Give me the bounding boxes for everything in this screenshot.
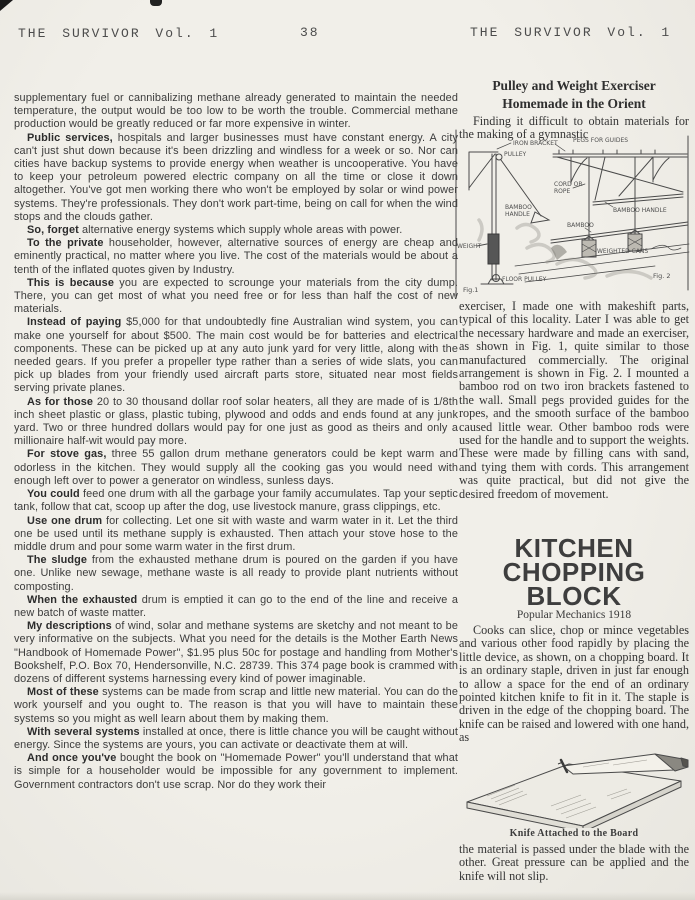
kitchen-heading: KITCHEN CHOPPING BLOCK bbox=[458, 536, 690, 608]
scan-bottom-shadow bbox=[0, 892, 695, 900]
figure-label-floor-pulley: FLOOR PULLEY bbox=[502, 276, 547, 283]
figure-label-bamboo-handle: BAMBOO HANDLE bbox=[613, 207, 667, 214]
paragraph: This is because you are expected to scro… bbox=[14, 277, 458, 317]
figure-label-rope: ROPE bbox=[554, 188, 571, 195]
knife-caption: Knife Attached to the Board bbox=[458, 828, 690, 839]
paragraph: supplementary fuel or cannibalizing meth… bbox=[14, 92, 458, 132]
kitchen-body-2: the material is passed under the blade w… bbox=[459, 843, 689, 883]
paragraph: Public services, hospitals and larger bu… bbox=[14, 132, 458, 224]
pulley-body: exerciser, I made one with makeshift par… bbox=[459, 300, 689, 501]
paragraph: The sludge from the exhausted methane dr… bbox=[14, 554, 458, 594]
figure-label-iron-bracket: IRON BRACKET bbox=[513, 140, 558, 147]
kitchen-subtitle: Popular Mechanics 1918 bbox=[458, 609, 690, 621]
knife-board-illustration bbox=[458, 748, 690, 828]
paragraph: To the private householder, however, alt… bbox=[14, 237, 458, 277]
figure-label-handle-word: HANDLE bbox=[505, 211, 530, 218]
scan-speck bbox=[150, 0, 162, 6]
figure-caption-fig2: Fig. 2 bbox=[653, 272, 670, 280]
paragraph: When the exhausted drum is emptied it ca… bbox=[14, 594, 458, 620]
figure-caption-fig1: Fig.1 bbox=[463, 286, 478, 294]
article-title-line1: Pulley and Weight Exerciser bbox=[458, 78, 690, 94]
figure-label-cord-or: CORD OR bbox=[554, 181, 583, 188]
paragraph: Use one drum for collecting. Let one sit… bbox=[14, 515, 458, 555]
paragraph: For stove gas, three 55 gallon drum meth… bbox=[14, 448, 458, 488]
paragraph: Instead of paying $5,000 for that undoub… bbox=[14, 316, 458, 395]
kitchen-heading-line3: BLOCK bbox=[458, 584, 690, 608]
paragraph: So, forget alternative energy systems wh… bbox=[14, 224, 458, 237]
figure-label-bamboo-word: BAMBOO bbox=[505, 204, 532, 211]
paragraph: As for those 20 to 30 thousand dollar ro… bbox=[14, 396, 458, 449]
paragraph: Most of these systems can be made from s… bbox=[14, 686, 458, 726]
figure-label-pulley: PULLEY bbox=[504, 151, 526, 158]
scan-corner-mark bbox=[0, 0, 13, 11]
paragraph: And once you've bought the book on "Home… bbox=[14, 752, 458, 792]
kitchen-body-1: Cooks can slice, chop or mince vegetable… bbox=[459, 624, 689, 745]
paragraph: My descriptions of wind, solar and metha… bbox=[14, 620, 458, 686]
left-column: supplementary fuel or cannibalizing meth… bbox=[14, 92, 458, 792]
figure-label-pegs: PEGS FOR GUIDES bbox=[573, 137, 628, 144]
paragraph: You could feed one drum with all the gar… bbox=[14, 488, 458, 514]
figure-label-bamboo: BAMBOO bbox=[567, 222, 594, 229]
article-title-line2: Homemade in the Orient bbox=[458, 96, 690, 112]
running-header-right: THE SURVIVOR Vol. 1 bbox=[470, 25, 671, 40]
page-number: 38 bbox=[300, 25, 320, 40]
running-header-left: THE SURVIVOR Vol. 1 bbox=[18, 26, 219, 41]
pulley-exerciser-figure: IRON BRACKET PEGS FOR GUIDES PULLEY BAMB… bbox=[455, 128, 690, 298]
paragraph: With several systems installed at once, … bbox=[14, 726, 458, 752]
figure-label-weight: WEIGHT bbox=[457, 243, 482, 250]
figure-label-weighted-cans: WEIGHTED CANS bbox=[597, 248, 648, 255]
scanned-book-page: THE SURVIVOR Vol. 1 38 THE SURVIVOR Vol.… bbox=[0, 0, 695, 900]
